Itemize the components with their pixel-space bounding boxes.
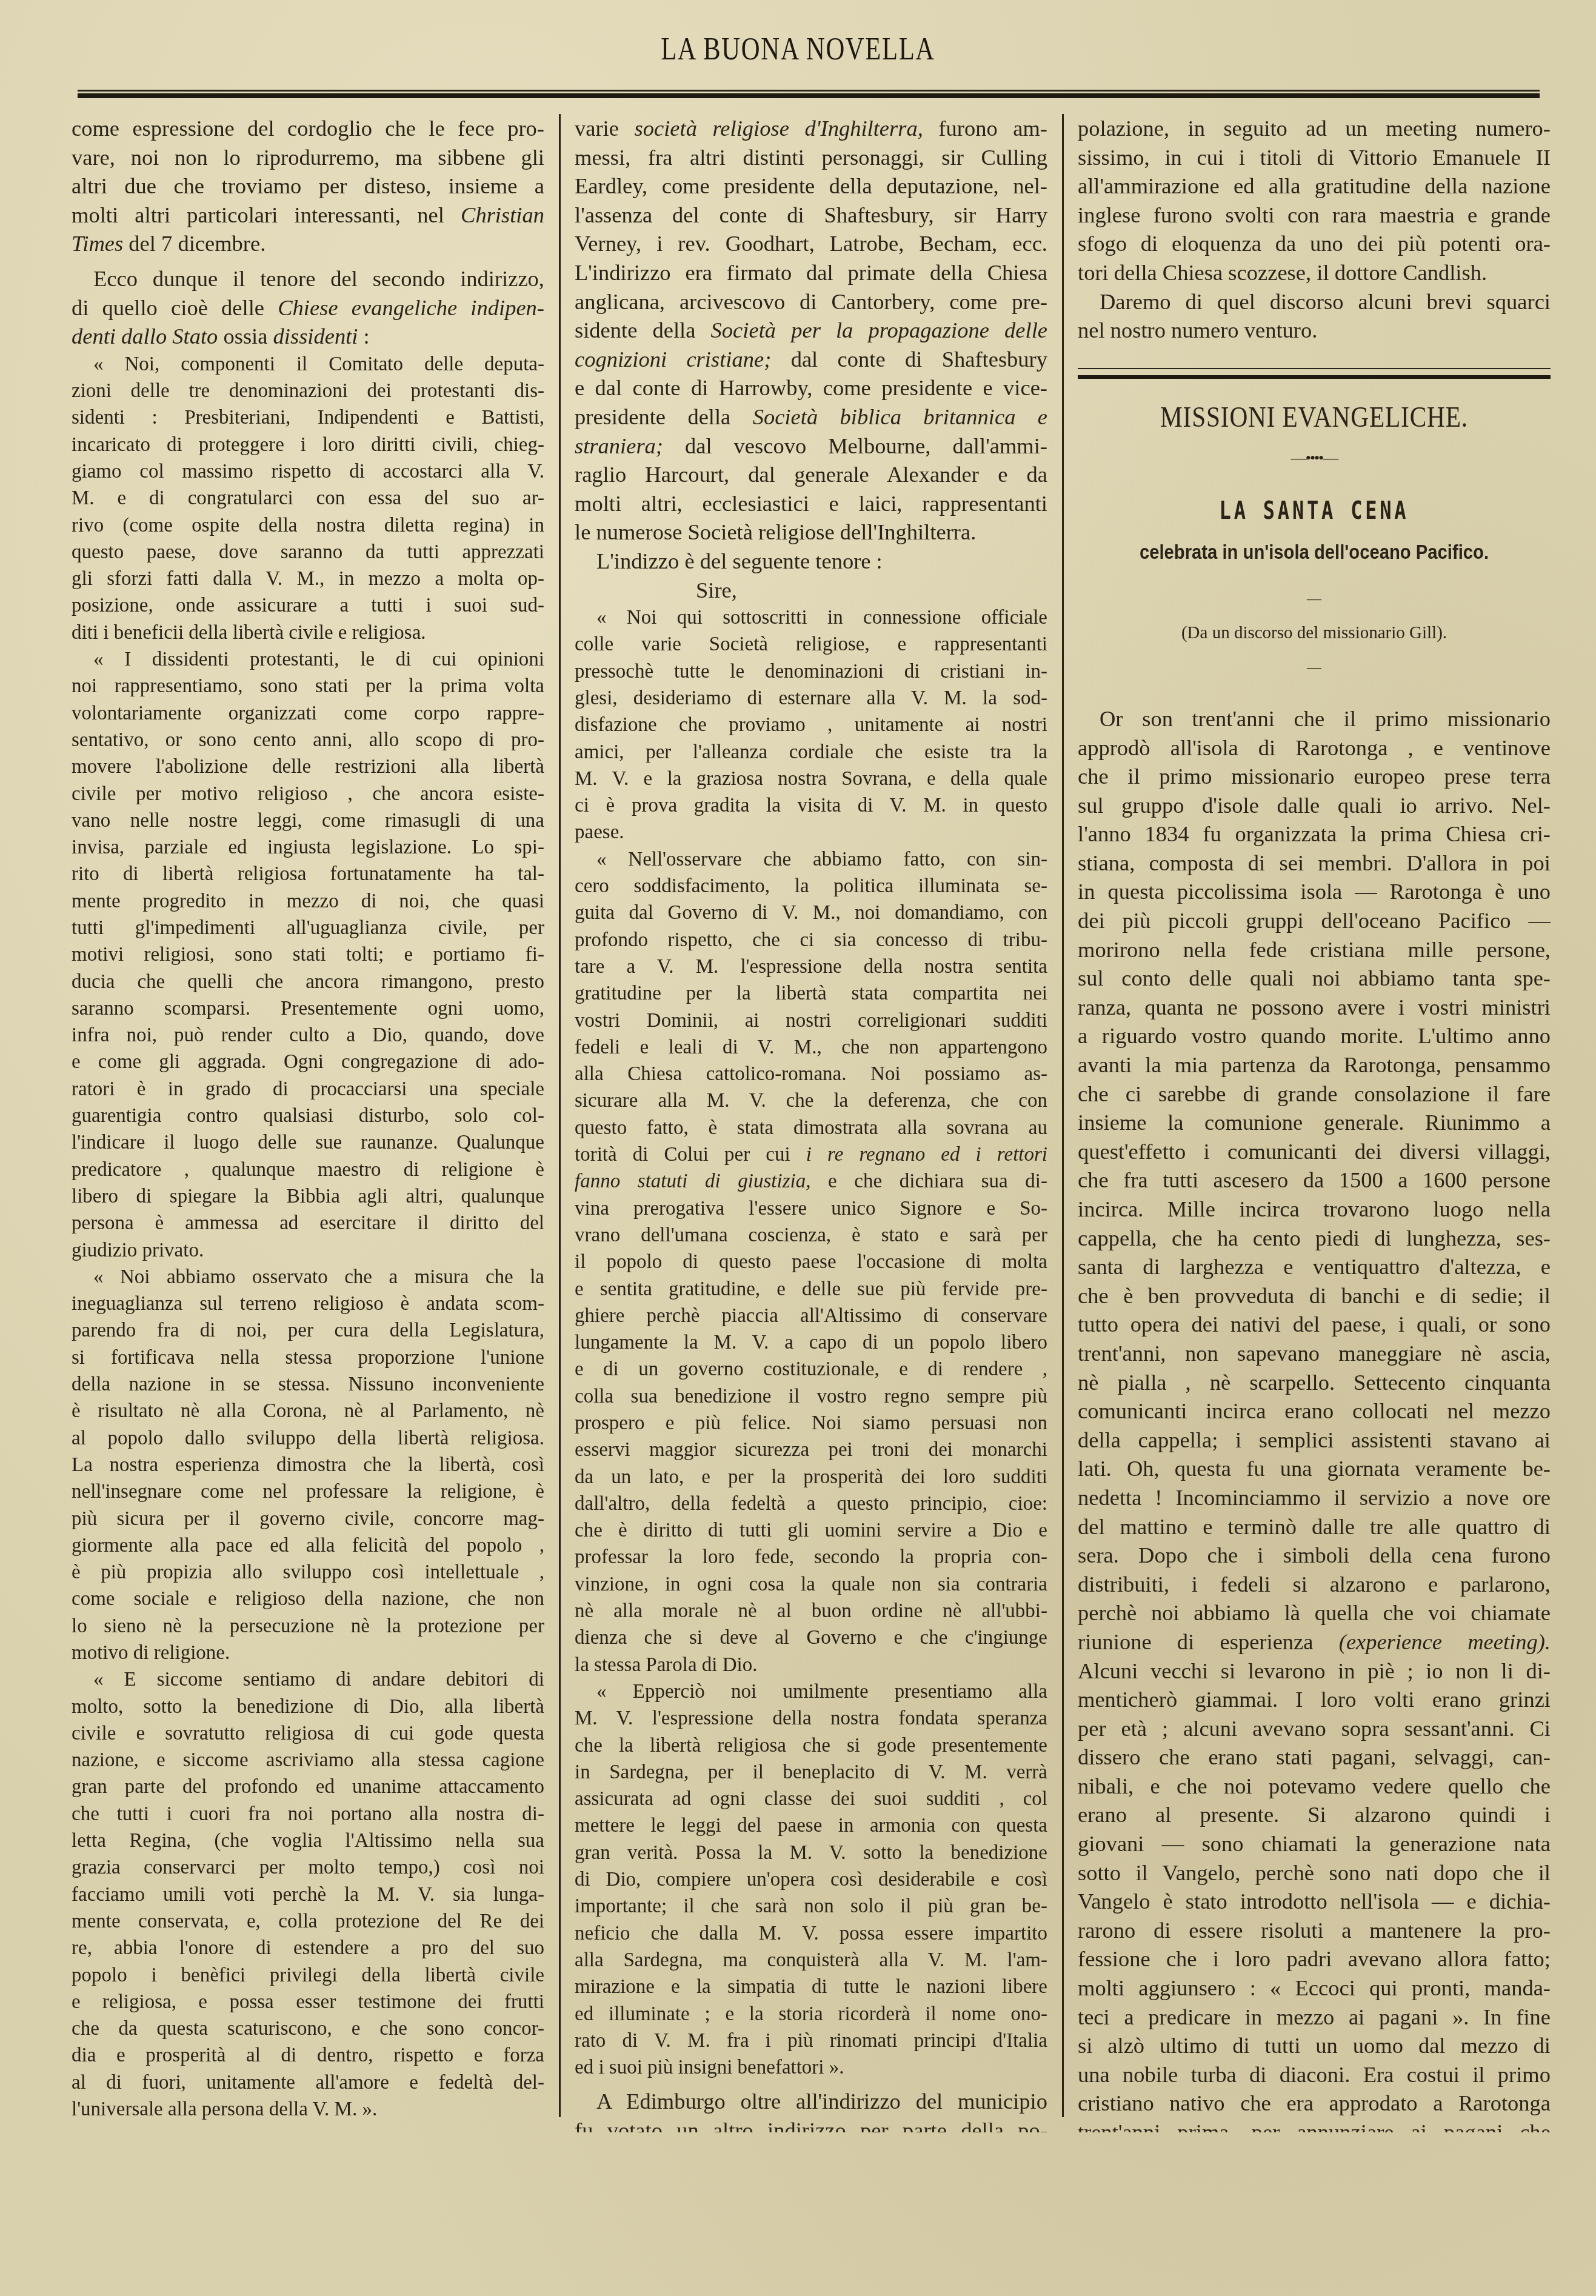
text-line: gran parte del profondo ed unanime attac… xyxy=(72,1774,544,1800)
text-line: fedeli e leali di V. M., che non apparte… xyxy=(575,1034,1047,1061)
text-line: per età ; alcuni avevano sopra sessant'a… xyxy=(1078,1714,1551,1743)
text-line: rivo (come ospite della nostra diletta r… xyxy=(72,512,544,539)
col1-closing: A presentare il terzoindirizzo, quello c… xyxy=(72,2129,544,2132)
text-line: ineguaglianza sul terreno religioso è an… xyxy=(72,1290,544,1317)
col2-intro: varie società religiose d'Inghilterra, f… xyxy=(575,114,1047,576)
text-line: si alzò ultimo di tutti un uomo dal mezz… xyxy=(1078,2031,1551,2060)
text-line: molti altri particolari interessanti, ne… xyxy=(72,201,544,230)
text-line: presidente della Società biblica britann… xyxy=(575,402,1047,432)
text-line: Ecco dunque il tenore del secondo indiri… xyxy=(72,264,544,293)
text-line: vano nelle nostre leggi, come rimasugli … xyxy=(72,807,544,834)
text-line: dei più piccoli gruppi dell'oceano Pacif… xyxy=(1078,906,1551,935)
column-divider xyxy=(1062,114,1064,2117)
text-line: l'anno 1834 fu organizzata la prima Chie… xyxy=(1078,819,1551,849)
text-line: nè alla morale nè al buon ordine nè all'… xyxy=(575,1598,1047,1624)
text-line: all'ammirazione ed alla gratitudine dell… xyxy=(1078,172,1551,201)
text-line: giormente alla pace ed alla felicità del… xyxy=(72,1532,544,1559)
text-line: nibali, e che noi potevamo vedere quello… xyxy=(1078,1772,1551,1801)
text-line: erano al presente. Si alzarono quindi i xyxy=(1078,1800,1551,1829)
text-line: una nobile turba di diaconi. Era costui … xyxy=(1078,2060,1551,2089)
text-line: saranno scomparsi. Presentemente ogni uo… xyxy=(72,995,544,1022)
text-line: zioni delle tre denominazioni dei protes… xyxy=(72,378,544,404)
text-line: sotto il Vangelo, perchè sono nati dopo … xyxy=(1078,1858,1551,1887)
text-line: sidenti : Presbiteriani, Indipendenti e … xyxy=(72,404,544,431)
text-line: parendo fra di noi, per cura della Legis… xyxy=(72,1317,544,1344)
text-line: altri due che troviamo per disteso, insi… xyxy=(72,172,544,201)
text-line: molti aggiunsero : « Eccoci qui pronti, … xyxy=(1078,1974,1551,2003)
text-line: posizione, onde assicurare a tutti i suo… xyxy=(72,592,544,619)
text-line: noi rappresentiamo, sono stati per la pr… xyxy=(72,673,544,699)
col2-address: « Noi qui sottoscritti in connessione of… xyxy=(575,604,1047,2081)
text-line: Times del 7 dicembre. xyxy=(72,229,544,258)
text-line: e sentita gratitudine, e delle sue più f… xyxy=(575,1276,1047,1303)
text-line: persona è ammessa ad esercitare il dirit… xyxy=(72,1210,544,1236)
text-line: inglese furono svolti con rara maestria … xyxy=(1078,201,1551,230)
text-line: le numerose Società religiose dell'Inghi… xyxy=(575,518,1047,547)
text-line: rito di libertà religiosa fortunatamente… xyxy=(72,861,544,887)
text-line: Eardley, come presidente della deputazio… xyxy=(575,172,1047,201)
text-line: popolo i benèfici privilegi della libert… xyxy=(72,1962,544,1989)
text-line: del mattino e terminò dalle tre alle qua… xyxy=(1078,1512,1551,1541)
text-line: sentativo, or sono cento anni, allo scop… xyxy=(72,727,544,753)
dash-divider: — xyxy=(1078,653,1551,682)
text-line: dall'altro, della fedeltà a questo princ… xyxy=(575,1490,1047,1517)
text-line: che ci sarebbe di grande consolazione il… xyxy=(1078,1080,1551,1109)
text-line: diti i beneficii della libertà civile e … xyxy=(72,619,544,646)
text-line: morirono nella fede cristiana mille pers… xyxy=(1078,935,1551,964)
text-line: neficio che dalla M. V. possa essere imp… xyxy=(575,1920,1047,1947)
text-line: Vangelo è stato introdotto nell'isola — … xyxy=(1078,1887,1551,1916)
text-line: e di un governo costituzionale, e di ren… xyxy=(575,1356,1047,1383)
text-line: ratori è in grado di procacciarsi una sp… xyxy=(72,1076,544,1103)
text-line: da un lato, e per la prosperità dei loro… xyxy=(575,1464,1047,1490)
article-title: LA SANTA CENA xyxy=(1125,497,1503,526)
text-line: lo sieno nè la persecuzione nè la protez… xyxy=(72,1613,544,1640)
text-line: guita dal Governo di V. M., noi domandia… xyxy=(575,899,1047,926)
text-line: questo paese, dove saranno da tutti appr… xyxy=(72,539,544,566)
text-line: si fortificava nella stessa proporzione … xyxy=(72,1344,544,1371)
text-line: alla Sardegna, ma conquisterà alla V. M.… xyxy=(575,1947,1047,1974)
text-line: L'indirizzo era firmato dal primate dell… xyxy=(575,258,1047,287)
text-line: « Epperciò noi umilmente presentiamo all… xyxy=(575,1678,1047,1705)
text-line: guarentigia contro qualsiasi disturbo, s… xyxy=(72,1103,544,1129)
text-line: molto, sotto la benedizione di Dio, alla… xyxy=(72,1694,544,1720)
text-line: importante; il che sarà non solo il più … xyxy=(575,1893,1047,1920)
text-line: nedetta ! Incominciammo il servizio a no… xyxy=(1078,1483,1551,1512)
column-3: polazione, in seguito ad un meeting nume… xyxy=(1078,114,1551,2132)
text-line: La nostra esperienza dimostra che la lib… xyxy=(72,1452,544,1478)
text-line: civile per motivo religioso , che ancora… xyxy=(72,781,544,807)
text-line: gli sforzi fatti dalla V. M., in mezzo a… xyxy=(72,566,544,592)
text-line: sfogo di eloquenza da uno dei più potent… xyxy=(1078,229,1551,258)
text-line: « Nell'osservare che abbiamo fatto, con … xyxy=(575,846,1047,873)
text-line: prospero e più felice. Noi siamo persuas… xyxy=(575,1410,1047,1437)
text-line: giovani — sono chiamati la generazione n… xyxy=(1078,1829,1551,1858)
text-line: vinzione, in ogni cosa la quale non sia … xyxy=(575,1571,1047,1598)
text-line: raglio Harcourt, dal generale Alexander … xyxy=(575,460,1047,489)
text-line: che è diritto di tutti gli uomini servir… xyxy=(575,1517,1047,1544)
text-line: molti altri, ecclesiastici e laici, rapp… xyxy=(575,489,1047,518)
text-line: mente progredito in mezzo di noi, che qu… xyxy=(72,888,544,915)
text-line: distribuiti, i fedeli si alzarono e parl… xyxy=(1078,1570,1551,1599)
text-line: trent'anni prima, per annunziare ai paga… xyxy=(1078,2118,1551,2132)
text-line: approdò all'isola di Rarotonga , e venti… xyxy=(1078,733,1551,763)
text-line: letta Regina, (che voglia l'Altissimo ne… xyxy=(72,1827,544,1854)
text-line: M. e di congratularci con essa del suo a… xyxy=(72,485,544,512)
text-line: questo fatto, è stata dimostrata alla so… xyxy=(575,1115,1047,1141)
article-body: Or son trent'anni che il primo missionar… xyxy=(1078,704,1551,2132)
text-line: ghiere perchè piaccia all'Altissimo di c… xyxy=(575,1303,1047,1329)
text-line: vina prerogativa l'essere unico Signore … xyxy=(575,1195,1047,1222)
text-line: e religiosa, e possa esser testimone dei… xyxy=(72,1989,544,2015)
text-line: dia e prosperità al di dentro, rispetto … xyxy=(72,2042,544,2069)
text-line: M. V. l'espressione della nostra fondata… xyxy=(575,1705,1047,1732)
text-line: nazione, e siccome ascriviamo alla stess… xyxy=(72,1747,544,1774)
text-line: nè pialla , nè scarpello. Settecento cin… xyxy=(1078,1368,1551,1397)
text-line: « Noi qui sottoscritti in connessione of… xyxy=(575,604,1047,631)
text-line: amici, per l'alleanza cordiale che esist… xyxy=(575,739,1047,766)
text-line: sera. Dopo che i simboli della cena furo… xyxy=(1078,1541,1551,1570)
text-line: ed i suoi più insigni benefattori ». xyxy=(575,2054,1047,2081)
text-line: mirazione e la simpatia di tutte le nazi… xyxy=(575,1974,1047,2000)
col1-address: « Noi, componenti il Comitato delle depu… xyxy=(72,351,544,2123)
text-line: al popolo dallo sviluppo della libertà r… xyxy=(72,1425,544,1452)
dash-divider: — xyxy=(1078,585,1551,614)
text-line: trent'anni, non sapevano maneggiare nè a… xyxy=(1078,1339,1551,1368)
text-line: che da questa scaturiscono, e che sono c… xyxy=(72,2015,544,2042)
text-line: nell'insegnare come nel professare la re… xyxy=(72,1478,544,1505)
text-line: glesi, desideriamo di esternare alla V. … xyxy=(575,685,1047,712)
text-line: M. V. e la graziosa nostra Sovrana, e de… xyxy=(575,766,1047,792)
text-line: che tutti i cuori fra noi portano alla n… xyxy=(72,1801,544,1827)
text-line: sul gruppo d'isole dalle quali io arrivo… xyxy=(1078,791,1551,820)
text-line: di Dio, compiere un'opera così desiderab… xyxy=(575,1866,1047,1893)
column-1: come espressione del cordoglio che le fe… xyxy=(72,114,544,2132)
text-line: cero soddisfacimento, la politica illumi… xyxy=(575,873,1047,899)
text-line: cappella, che ha cento piedi di lunghezz… xyxy=(1078,1224,1551,1253)
text-line: dissero che erano stati pagani, selvaggi… xyxy=(1078,1743,1551,1772)
text-line: colla sua benedizione il vostro regno se… xyxy=(575,1383,1047,1410)
text-line: « E siccome sentiamo di andare debitori … xyxy=(72,1666,544,1693)
text-line: invisa, parziale ed ingiusta legislazion… xyxy=(72,834,544,861)
text-line: cognizioni cristiane; dal conte di Shaft… xyxy=(575,345,1047,374)
text-line: in questa piccolissima isola — Rarotonga… xyxy=(1078,877,1551,906)
text-line: comunicanti incirca erano collocati nel … xyxy=(1078,1397,1551,1426)
text-line: tare a V. M. l'espressione della nostra … xyxy=(575,953,1047,980)
text-line: polazione, in seguito ad un meeting nume… xyxy=(1078,114,1551,143)
text-line: pressochè tutte le denominazioni di cris… xyxy=(575,658,1047,685)
text-line: assicurata ad ogni classe dei suoi suddi… xyxy=(575,1786,1047,1812)
text-line: cristiano nativo che era approdato a Rar… xyxy=(1078,2089,1551,2118)
text-line: la stessa Parola di Dio. xyxy=(575,1652,1047,1678)
section-title: MISSIONI EVANGELICHE. xyxy=(1111,403,1518,432)
text-line: messi, fra altri distinti personaggi, si… xyxy=(575,143,1047,172)
text-line: incirca. Mille incirca trovarono luogo n… xyxy=(1078,1195,1551,1224)
text-line: gratitudine per la libertà stata compart… xyxy=(575,980,1047,1007)
text-line: paese. xyxy=(575,819,1047,846)
text-line: varie società religiose d'Inghilterra, f… xyxy=(575,114,1047,143)
text-line: è risultato nè alla Corona, nè al Parlam… xyxy=(72,1398,544,1424)
text-line: A Edimburgo oltre all'indirizzo del muni… xyxy=(575,2087,1047,2116)
text-line: Alcuni vecchi si levarono in piè ; io no… xyxy=(1078,1657,1551,1686)
col1-intro: come espressione del cordoglio che le fe… xyxy=(72,114,544,351)
text-line: sissimo, in cui i titoli di Vittorio Ema… xyxy=(1078,143,1551,172)
text-line: che il primo missionario europeo prese t… xyxy=(1078,762,1551,791)
text-line: incaricato di proteggere i loro diritti … xyxy=(72,432,544,458)
text-line: e dal conte di Harrowby, come presidente… xyxy=(575,373,1047,402)
text-line: motivo di religione. xyxy=(72,1640,544,1666)
text-line: Or son trent'anni che il primo missionar… xyxy=(1078,704,1551,733)
text-line: « Noi, componenti il Comitato delle depu… xyxy=(72,351,544,378)
text-line: che fra tutti ascesero da 1500 a 1600 pe… xyxy=(1078,1166,1551,1195)
text-line: infra noi, può render culto a Dio, quand… xyxy=(72,1022,544,1049)
text-line: disfazione che proviamo , unitamente ai … xyxy=(575,712,1047,738)
text-line: sicurare alla M. V. che la deferenza, ch… xyxy=(575,1087,1047,1114)
text-line: re, abbia l'onore di estendere a pro del… xyxy=(72,1935,544,1961)
text-line: come sociale e religioso della nazione, … xyxy=(72,1586,544,1612)
text-line: santa di larghezza e ventiquattro d'alte… xyxy=(1078,1252,1551,1281)
salutation: Sire, xyxy=(575,576,1047,605)
masthead-title: LA BUONA NOVELLA xyxy=(144,32,1452,67)
text-line: l'universale alla persona della V. M. ». xyxy=(72,2096,544,2123)
text-line: facciamo umili voti perchè la M. V. sia … xyxy=(72,1881,544,1908)
text-line: tutto opera dei nativi del paese, i qual… xyxy=(1078,1310,1551,1339)
text-line: stiana, composta di sei membri. D'allora… xyxy=(1078,849,1551,878)
text-line: perchè noi abbiamo là quella che voi chi… xyxy=(1078,1598,1551,1627)
text-line: fu votato un altro indirizzo per parte d… xyxy=(575,2116,1047,2132)
text-line: anglicana, arcivescovo di Cantorbery, co… xyxy=(575,287,1047,316)
text-line: il popolo di questo paese l'occasione di… xyxy=(575,1249,1047,1275)
text-line: ed illuminate ; e la storia ricorderà il… xyxy=(575,2001,1047,2027)
text-line: che è ben provveduta di banchi e di sedi… xyxy=(1078,1281,1551,1310)
text-line: predicatore , qualunque maestro di relig… xyxy=(72,1156,544,1183)
text-line: più sicura per il governo civile, concor… xyxy=(72,1506,544,1532)
text-line: dienza che si deve al Governo e che c'in… xyxy=(575,1624,1047,1651)
column-divider xyxy=(559,114,561,2117)
text-line: libero di spiegare la Bibbia agli altri,… xyxy=(72,1183,544,1210)
text-line: della nazione in se stessa. Nissuno inco… xyxy=(72,1371,544,1398)
text-line: vare, noi non lo riprodurremo, ma sibben… xyxy=(72,143,544,172)
text-line: che la libertà religiosa che si gode pre… xyxy=(575,1732,1047,1759)
text-line: esservi maggior sicurezza pei troni dei … xyxy=(575,1437,1047,1463)
text-line: « I dissidenti protestanti, le di cui op… xyxy=(72,646,544,673)
masthead-rule xyxy=(78,90,1540,92)
text-line: riunione di esperienza (experience meeti… xyxy=(1078,1627,1551,1657)
text-line: tori della Chiesa scozzese, il dottore C… xyxy=(1078,258,1551,287)
ornament-divider: —••••— xyxy=(1078,444,1551,473)
text-line: nel nostro numero venturo. xyxy=(1078,316,1551,345)
text-line: come espressione del cordoglio che le fe… xyxy=(72,114,544,143)
text-line: a riguardo vostro quando morite. L'ultim… xyxy=(1078,1021,1551,1050)
article-subtitle: celebrata in un'isola dell'oceano Pacifi… xyxy=(1111,538,1518,567)
text-line: l'assenza del conte di Shaftesbury, sir … xyxy=(575,201,1047,230)
text-line: al di fuori, unitamente all'amore e fede… xyxy=(72,2069,544,2096)
text-line: vrano dell'umana coscienza, è stato e sa… xyxy=(575,1222,1047,1249)
text-line: rato di V. M. fra i più rinomati princip… xyxy=(575,2027,1047,2054)
section-rule xyxy=(1078,368,1551,379)
text-line: l'indicare il luogo delle sue raunanze. … xyxy=(72,1129,544,1156)
col2-closing: A Edimburgo oltre all'indirizzo del muni… xyxy=(575,2087,1047,2132)
text-line: Verney, i rev. Goodhart, Latrobe, Becham… xyxy=(575,229,1047,258)
text-line: insieme la comunione generale. Riunimmo … xyxy=(1078,1108,1551,1137)
text-line: ducia che quelli che ancora rimangono, p… xyxy=(72,969,544,995)
text-line: fanno statuti di giustizia, e che dichia… xyxy=(575,1168,1047,1195)
col3-intro: polazione, in seguito ad un meeting nume… xyxy=(1078,114,1551,345)
text-line: tutti gl'impedimenti all'uguaglianza civ… xyxy=(72,915,544,941)
text-line: torità di Colui per cui i re regnano ed … xyxy=(575,1141,1047,1168)
text-line: giudizio privato. xyxy=(72,1237,544,1264)
text-line: lungamente la M. V. a capo di un popolo … xyxy=(575,1329,1047,1356)
text-line: sidente della Società per la propagazion… xyxy=(575,316,1047,345)
text-line: volontariamente organizzati come corpo r… xyxy=(72,700,544,727)
text-line: ci è prova gradita la visita di V. M. in… xyxy=(575,792,1047,819)
text-line: grazia conservarci per molto tempo,) cos… xyxy=(72,1854,544,1881)
text-line: mente conservata, e, colla protezione de… xyxy=(72,1908,544,1935)
text-line: professar la loro fede, secondo la propr… xyxy=(575,1544,1047,1570)
text-line: colle varie Società religiose, e rappres… xyxy=(575,631,1047,658)
column-2: varie società religiose d'Inghilterra, f… xyxy=(575,114,1047,2132)
text-line: rarono di essere risoluti a mantenere la… xyxy=(1078,1916,1551,1945)
text-line: della cappella; i semplici assistenti st… xyxy=(1078,1426,1551,1455)
text-line: ranza, quanta ne possono avere i vostri … xyxy=(1078,993,1551,1022)
text-line: gran verità. Possa la M. V. sotto la ben… xyxy=(575,1840,1047,1866)
text-line: lati. Oh, questa fu una giornata veramen… xyxy=(1078,1454,1551,1483)
text-line: L'indizzo è del seguente tenore : xyxy=(575,547,1047,576)
text-line: straniera; dal vescovo Melbourne, dall'a… xyxy=(575,432,1047,461)
text-line: di quello cioè delle Chiese evangeliche … xyxy=(72,293,544,322)
text-line: giamo col massimo rispetto di accostarci… xyxy=(72,458,544,485)
text-line: motivi religiosi, sono stati tolti; e po… xyxy=(72,941,544,968)
text-line: fessione che i loro padri avevano allora… xyxy=(1078,1944,1551,1974)
text-line: mettere le leggi del paese in armonia co… xyxy=(575,1812,1047,1839)
text-line: in Sardegna, per il beneplacito di V. M.… xyxy=(575,1759,1047,1786)
text-line: denti dallo Stato ossia dissidenti : xyxy=(72,322,544,351)
text-line: è più propizia allo sviluppo così intell… xyxy=(72,1559,544,1586)
text-line: menticherò giammai. I loro volti erano g… xyxy=(1078,1685,1551,1714)
text-line: civile e sovratutto religiosa di cui god… xyxy=(72,1720,544,1747)
text-line: alla Chiesa cattolico-romana. Noi possia… xyxy=(575,1061,1047,1087)
text-line: « Noi abbiamo osservato che a misura che… xyxy=(72,1264,544,1290)
article-source: (Da un discorso del missionario Gill). xyxy=(1078,619,1551,648)
text-line: quest'effetto i comunicanti dei diversi … xyxy=(1078,1137,1551,1166)
text-line: Daremo di quel discorso alcuni brevi squ… xyxy=(1078,287,1551,316)
text-line: vostri Dominii, ai nostri correligionari… xyxy=(575,1007,1047,1034)
text-line: sul conto delle quali noi abbiamo tanta … xyxy=(1078,964,1551,993)
text-line: teci a predicare in mezzo ai pagani ». I… xyxy=(1078,2003,1551,2032)
text-line: e come gli aggrada. Ogni congregazione d… xyxy=(72,1049,544,1075)
text-line: profondo rispetto, che ci sia concesso d… xyxy=(575,927,1047,953)
text-line: avanti la mia partenza da Rarotonga, pen… xyxy=(1078,1050,1551,1080)
text-line: movere l'abolizione delle restrizioni al… xyxy=(72,753,544,780)
